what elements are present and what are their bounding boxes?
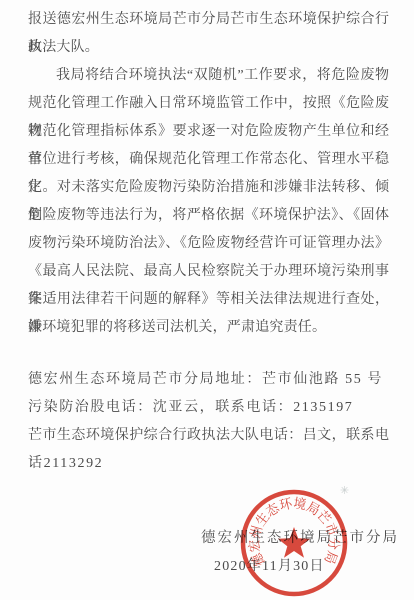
body-line: 危险废物等违法行为，将严格依据《环境保护法》、《固体 (28, 202, 389, 230)
contact-phone-line: ：2113292 (28, 450, 389, 478)
body-line: 化。对未落实危险废物污染防治措施和涉嫌非法转移、倾倒 (28, 174, 389, 202)
seal-registered-mark-icon: ✳ (340, 484, 349, 497)
official-seal: 德宏州生态环境局芒市分局 (238, 488, 350, 600)
body-line: 我局将结合环境执法“双随机”工作要求，将危险废物 (28, 62, 389, 90)
body-line: 执法大队。 (28, 34, 389, 62)
body-line: 件适用法律若干问题的解释》等相关法律法规进行查处，涉 (28, 286, 389, 314)
body-line: 嫌环境犯罪的将移送司法机关，严肃追究责任。 (28, 314, 389, 342)
contact-info: 德宏州生态环境局芒市分局地址：芒市仙池路 55 号 污染防治股电话：沈亚云，联系… (0, 366, 414, 478)
contact-phone-line: 芒市生态环境保护综合行政执法大队电话：吕文，联系电话 (28, 422, 389, 450)
body-line: 报送德宏州生态环境局芒市分局芒市生态环境保护综合行政 (28, 6, 389, 34)
body-line: 单位进行考核，确保规范化管理工作常态化、管理水平稳定 (28, 146, 389, 174)
scanned-official-document: 报送德宏州生态环境局芒市分局芒市生态环境保护综合行政 执法大队。 我局将结合环境… (0, 0, 414, 600)
body-line: 规范化管理工作融入日常环境监管工作中，按照《危险废物 (28, 90, 389, 118)
contact-phone-line: 污染防治股电话：沈亚云，联系电话：2135197 (28, 394, 389, 422)
body-line: 规范化管理指标体系》要求逐一对危险废物产生单位和经营 (28, 118, 389, 146)
contact-address-line: 德宏州生态环境局芒市分局地址：芒市仙池路 55 号 (28, 366, 389, 394)
body-line: 废物污染环境防治法》、《危险废物经营许可证管理办法》 (28, 230, 389, 258)
document-body: 报送德宏州生态环境局芒市分局芒市生态环境保护综合行政 执法大队。 我局将结合环境… (0, 6, 414, 342)
seal-star-icon (278, 527, 310, 558)
body-line: 《最高人民法院、最高人民检察院关于办理环境污染刑事案 (28, 258, 389, 286)
official-seal-graphic: 德宏州生态环境局芒市分局 (238, 488, 350, 600)
